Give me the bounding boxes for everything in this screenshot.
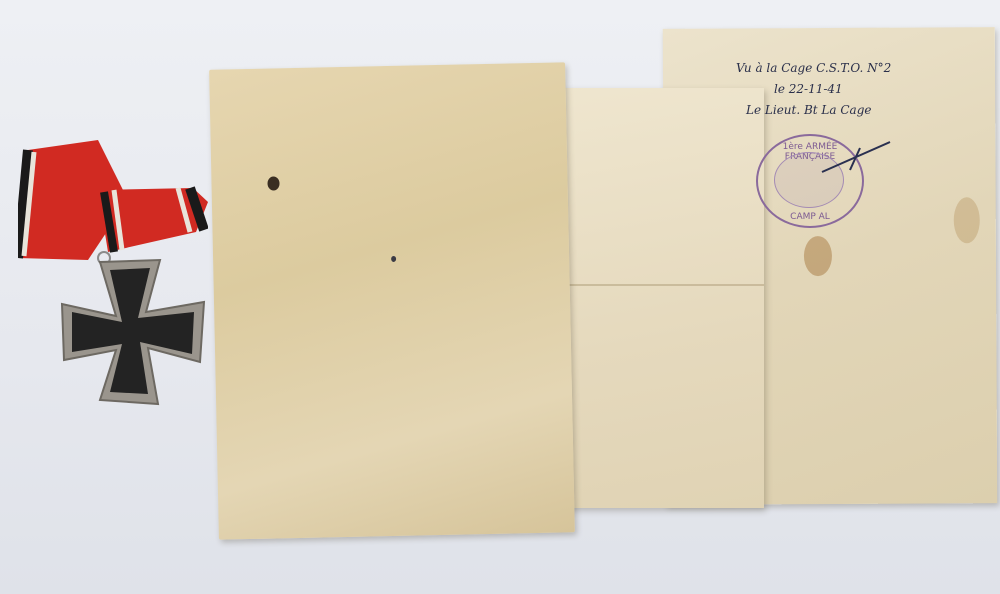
handwriting-line: Vu à la Cage C.S.T.O. N°2 [736,58,891,79]
photo-scene: Vu à la Cage C.S.T.O. N°2 le 22-11-41 Le… [0,0,1000,594]
stain-edge [954,197,980,243]
signature-stroke [820,138,894,178]
handwritten-note: Vu à la Cage C.S.T.O. N°2 le 22-11-41 Le… [736,58,891,121]
handwriting-line: le 22-11-41 [736,79,891,100]
ink-spot [267,176,279,190]
handwriting-line: Le Lieut. Bt La Cage [736,100,891,121]
document-worn-page [209,62,575,539]
brown-stain [804,236,832,276]
medal-ribbon [18,140,208,265]
stamp-bottom-text: CAMP AL [758,212,862,222]
ink-dot [391,256,396,262]
iron-cross-medal [60,258,208,406]
